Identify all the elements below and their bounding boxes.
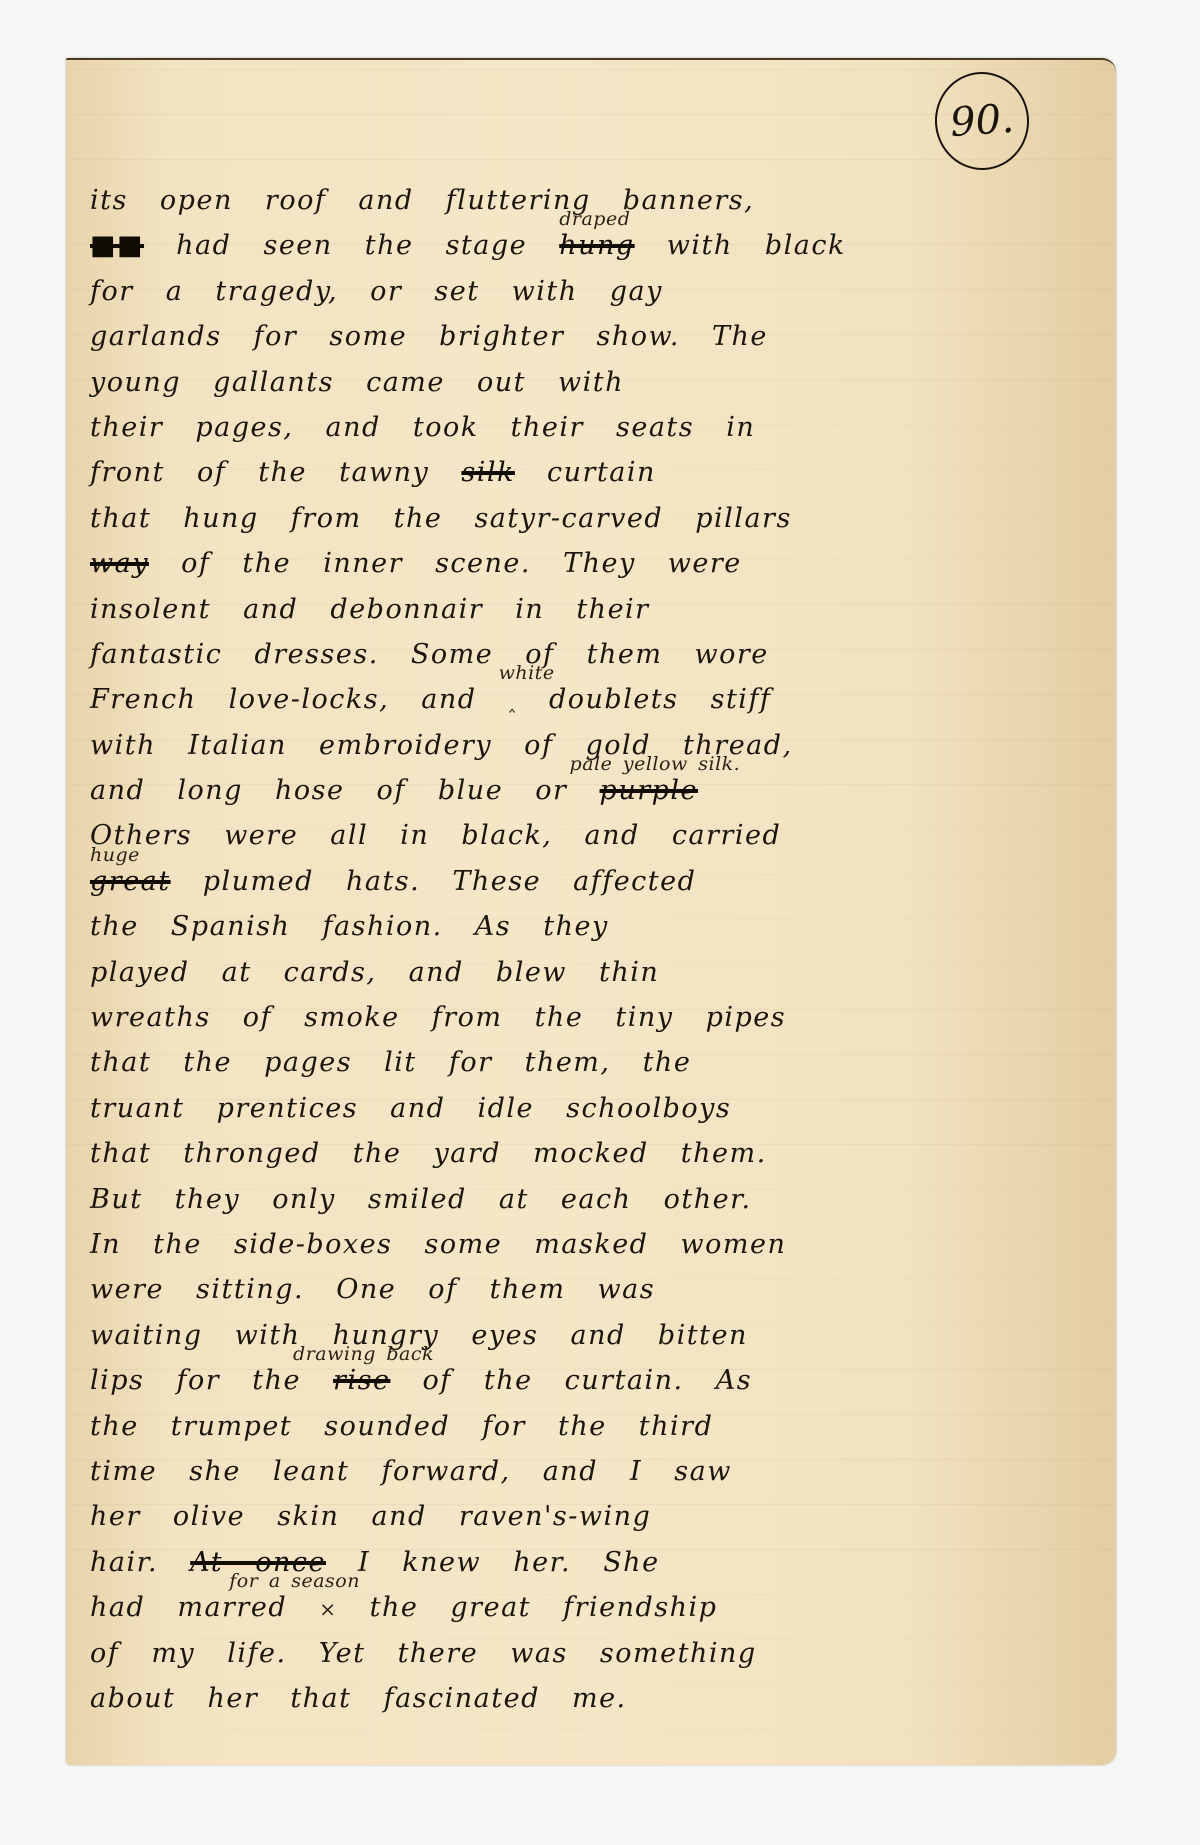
line-22: that thronged the yard mocked them. [90,1131,1100,1176]
insertion-draped: draped [559,208,630,230]
deletion-word: way [90,548,149,579]
line-29: time she leant forward, and I saw [90,1449,1100,1494]
line-33: of my life. Yet there was something [90,1631,1100,1676]
line-15: Others were all in black, and carried [90,813,1100,858]
line-30: her olive skin and raven's-wing [90,1494,1100,1539]
line-2: ■■ had seen the stage draped hung with b… [90,223,1100,268]
deletion-purple: purple [600,775,698,806]
insertion-huge: huge [90,844,140,866]
insertion-drawing-back: drawing back [293,1343,434,1365]
insertion-for-a-season: for a season [229,1570,360,1592]
line-4: garlands for some brighter show. The [90,314,1100,359]
line-34: about her that fascinated me. [90,1676,1100,1721]
line-23: But they only smiled at each other. [90,1177,1100,1222]
line-8: that hung from the satyr-carved pillars [90,496,1100,541]
manuscript-text: its open roof and fluttering banners, ■■… [90,178,1100,1721]
insertion-mark: × [319,1597,337,1621]
deletion-silk: silk [461,457,515,488]
insertion-caret: ‸ [509,689,517,713]
line-27: lips for the drawing back rise of the cu… [90,1358,1100,1403]
line-25: were sitting. One of them was [90,1267,1100,1312]
line-3: for a tragedy, or set with gay [90,269,1100,314]
line-5: young gallants came out with [90,360,1100,405]
deletion-hung: hung [559,230,634,261]
line-19: wreaths of smoke from the tiny pipes [90,995,1100,1040]
line-16: huge great plumed hats. These affected [90,859,1100,904]
line-10: insolent and debonnair in their [90,587,1100,632]
line-20: that the pages lit for them, the [90,1040,1100,1085]
line-9: way of the inner scene. They were [90,541,1100,586]
line-26: waiting with hungry eyes and bitten [90,1313,1100,1358]
line-7: front of the tawny silk curtain [90,450,1100,495]
insertion-pale-yellow-silk: pale yellow silk. [570,753,741,775]
deletion-great: great [90,866,171,897]
page-number-text: 90. [949,96,1016,146]
line-32: had marred for a season × the great frie… [90,1585,1100,1630]
deletion-rise: rise [333,1365,390,1396]
line-24: In the side-boxes some masked women [90,1222,1100,1267]
margin-deletion: ■■ [90,230,144,261]
line-11: fantastic dresses. Some of them wore [90,632,1100,677]
insertion-white: white [499,662,555,684]
line-12: French love-locks, and white ‸ doublets … [90,677,1100,722]
line-21: truant prentices and idle schoolboys [90,1086,1100,1131]
line-28: the trumpet sounded for the third [90,1404,1100,1449]
line-6: their pages, and took their seats in [90,405,1100,450]
line-17: the Spanish fashion. As they [90,904,1100,949]
line-18: played at cards, and blew thin [90,950,1100,995]
line-14: and long hose of blue or pale yellow sil… [90,768,1100,813]
